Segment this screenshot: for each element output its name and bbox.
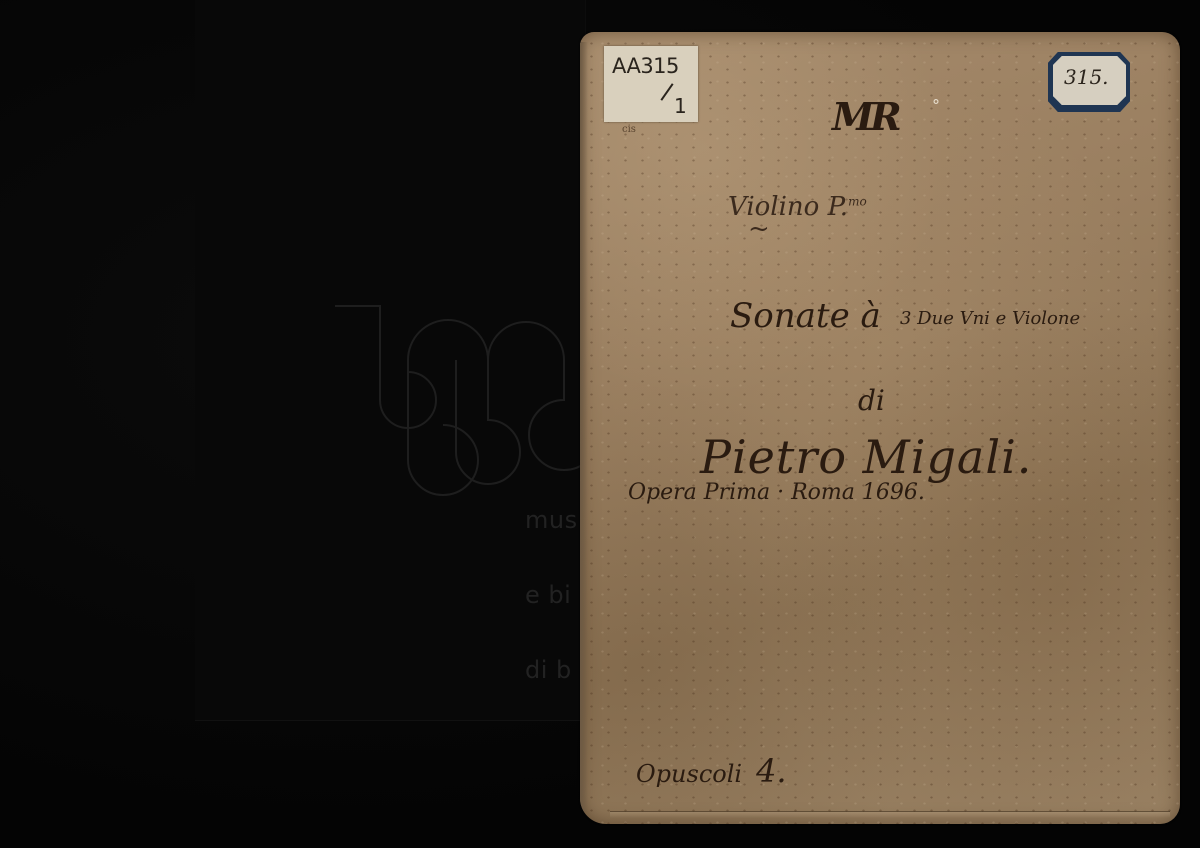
page-edge <box>580 42 588 812</box>
title-instrumentation: 3 Due Vni e Violone <box>900 308 1080 329</box>
page-edge-bottom <box>610 811 1170 818</box>
manuscript-page: AA315 1 cis 315. MR ° Violino P.mo ~ Son… <box>580 32 1180 824</box>
flourish: ~ <box>748 214 770 244</box>
scan-canvas: mus e bi di b AA315 1 cis 315. MR ° Viol… <box>0 0 1200 848</box>
collection-note: Opuscoli4. <box>636 752 787 790</box>
shelfmark-part: 1 <box>674 94 687 118</box>
shelfmark-label: AA315 1 <box>604 46 698 122</box>
shelfmark-slash <box>660 83 673 101</box>
catalog-number-label: 315. <box>1048 52 1130 112</box>
monogram: MR <box>832 94 898 139</box>
collection-label: Opuscoli <box>636 760 742 788</box>
author-name: Pietro Migali. <box>700 430 1032 484</box>
title-main: Sonate à <box>730 296 881 336</box>
collection-number: 4. <box>756 752 787 790</box>
by-word: di <box>858 384 885 417</box>
degree-mark: ° <box>932 96 940 115</box>
shelfmark-code: AA315 <box>612 54 679 78</box>
edition-line: Opera Prima · Roma 1696. <box>628 480 925 505</box>
part-name-text: Violino P. <box>728 192 848 222</box>
catalog-number: 315. <box>1064 65 1109 89</box>
small-pencil-mark: cis <box>622 124 636 135</box>
part-superscript: mo <box>848 194 867 208</box>
watermark-text: mus e bi di b <box>525 458 578 733</box>
